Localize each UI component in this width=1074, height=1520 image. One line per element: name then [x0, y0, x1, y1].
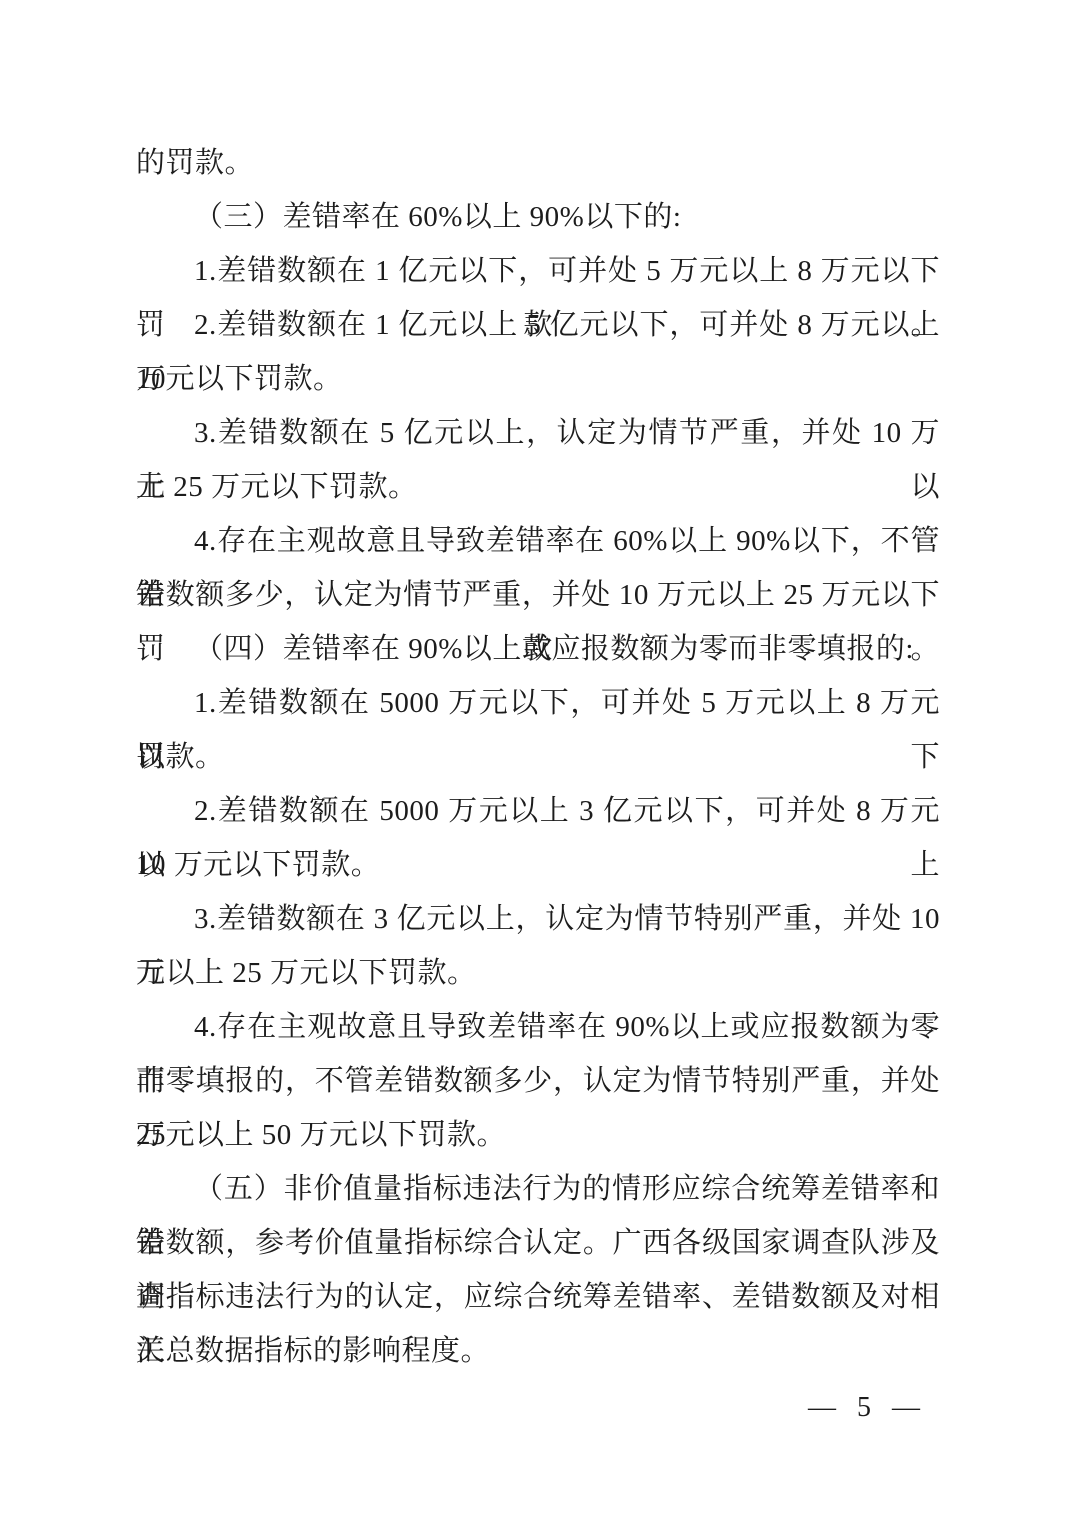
text-line: 万元以下罚款。 — [136, 352, 940, 406]
text-line: 汇总数据指标的影响程度。 — [136, 1324, 940, 1378]
text-line: 错数额，参考价值量指标综合认定。广西各级国家调查队涉及调 — [136, 1216, 940, 1270]
text-line: 1.差错数额在 5000 万元以下，可并处 5 万元以上 8 万元以下 — [136, 676, 940, 730]
text-line: 2.差错数额在 1 亿元以上 5 亿元以下，可并处 8 万元以上 10 — [136, 298, 940, 352]
text-line: 的罚款。 — [136, 136, 940, 190]
text-line: 元以上 25 万元以下罚款。 — [136, 946, 940, 1000]
text-line: 1.差错数额在 1 亿元以下，可并处 5 万元以上 8 万元以下罚款。 — [136, 244, 940, 298]
text-line: 错数额多少，认定为情节严重，并处 10 万元以上 25 万元以下罚款。 — [136, 568, 940, 622]
text-line: （三）差错率在 60%以上 90%以下的: — [136, 190, 940, 244]
text-line: 2.差错数额在 5000 万元以上 3 亿元以下，可并处 8 万元以上 — [136, 784, 940, 838]
page-number: — 5 — — [808, 1392, 922, 1424]
document-page: 的罚款。 （三）差错率在 60%以上 90%以下的: 1.差错数额在 1 亿元以… — [0, 0, 1074, 1520]
text-line: 3.差错数额在 3 亿元以上，认定为情节特别严重，并处 10 万 — [136, 892, 940, 946]
text-line: 4.存在主观故意且导致差错率在 90%以上或应报数额为零而 — [136, 1000, 940, 1054]
text-line: 非零填报的，不管差错数额多少，认定为情节特别严重，并处 25 — [136, 1054, 940, 1108]
document-body: 的罚款。 （三）差错率在 60%以上 90%以下的: 1.差错数额在 1 亿元以… — [136, 136, 940, 1378]
text-line: 4.存在主观故意且导致差错率在 60%以上 90%以下，不管差 — [136, 514, 940, 568]
text-line: （五）非价值量指标违法行为的情形应综合统筹差错率和差 — [136, 1162, 940, 1216]
text-line: 万元以上 50 万元以下罚款。 — [136, 1108, 940, 1162]
text-line: （四）差错率在 90%以上或应报数额为零而非零填报的: — [136, 622, 940, 676]
text-line: 3.差错数额在 5 亿元以上，认定为情节严重，并处 10 万元以 — [136, 406, 940, 460]
text-line: 查指标违法行为的认定，应综合统筹差错率、差错数额及对相关 — [136, 1270, 940, 1324]
